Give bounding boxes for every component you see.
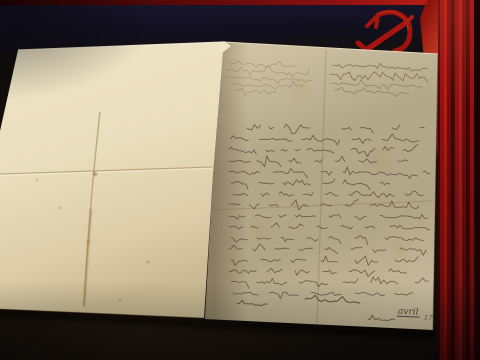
photo-of-letter-display: avril17 [0,0,480,360]
letter-left-page [0,42,224,318]
date-year-fragment: 17 [424,314,434,322]
letter-right-page: avril17 [205,41,438,330]
manuscript-letter: avril17 [0,0,480,360]
stain-spot [93,172,97,176]
stain-spot [36,179,38,181]
stain-spot [87,241,90,244]
stain-spot [59,207,61,209]
stain-spot [119,299,121,301]
stain-spot [147,261,150,264]
